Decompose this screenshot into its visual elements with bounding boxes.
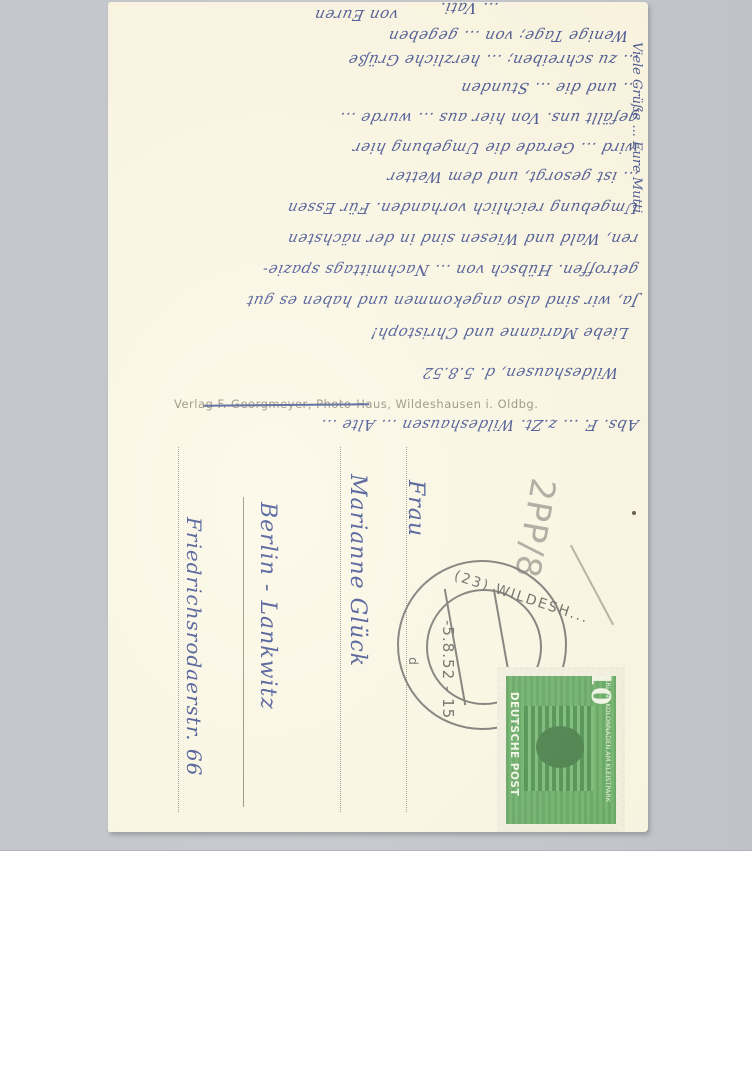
address-line-1: Frau [403, 480, 428, 537]
address-guide-line [178, 447, 179, 812]
postmark-date: -5.8.52 - 15 [439, 620, 457, 719]
message-line: ren, Wald und Wiesen sind in der nächste… [285, 230, 640, 248]
message-line: gefällt uns. Von hier aus ... wurde ... [337, 109, 640, 127]
message-line: ... ist gesorgt, und dem Wetter [385, 168, 640, 186]
side-note: Viele Grüße ... Eure Mutti [608, 42, 648, 442]
message-line: ... zu schreiben; ... herzliche Grüße [346, 51, 640, 69]
message-line: getroffen. Hübsch von ... Nachmittags sp… [260, 261, 640, 279]
postcard: Wildeshausen, d. 5.8.52 Liebe Marianne u… [108, 2, 648, 832]
tree-icon [536, 726, 584, 768]
address-line-3: Berlin - Lankwitz [255, 502, 280, 710]
sender-text: Abs. F. ... z.Zt. Wildeshausen ... Alte … [318, 416, 640, 434]
address-guide-line [340, 447, 341, 812]
message-line: Wenige Tage; von ... gegeben [386, 27, 630, 45]
stamp-country: DEUTSCHE POST [508, 692, 520, 796]
side-note-text: Viele Grüße ... Eure Mutti [614, 42, 644, 442]
message-line: Umgebung reichlich vorhanden. Für Essen [285, 199, 640, 217]
pin-hole [632, 511, 636, 515]
place-date: Wildeshausen, d. 5.8.52 [420, 364, 619, 382]
message-line: Ja, wir sind also angekommen und haben e… [244, 292, 639, 310]
sender-line: Abs. F. ... z.Zt. Wildeshausen ... Alte … [108, 410, 648, 438]
message-line: von Euren [312, 6, 399, 24]
publisher-imprint: Verlag F. Georgmeyer, Photo-Haus, Wildes… [174, 397, 538, 411]
salutation: Liebe Marianne und Christoph! [369, 324, 630, 342]
message-line: ... Vati. [438, 2, 500, 17]
address-guide-line [243, 497, 244, 807]
address-line-2: Marianne Glück [345, 474, 370, 667]
message-line: wird ... Gerade die Umgebung hier [351, 139, 640, 157]
address-line-4: Friedrichsrodaerstr. 66 [182, 517, 206, 776]
pencil-note: 2PP/8 [506, 475, 563, 581]
handwritten-message: Wildeshausen, d. 5.8.52 Liebe Marianne u… [108, 2, 648, 402]
postmark-letter: d [406, 657, 420, 665]
postage-stamp: 10 DEUTSCHE POST BERLIN · KOLONNADEN AM … [497, 667, 625, 832]
stamp-subject: BERLIN · KOLONNADEN AM KLEISTPARK [604, 674, 612, 802]
